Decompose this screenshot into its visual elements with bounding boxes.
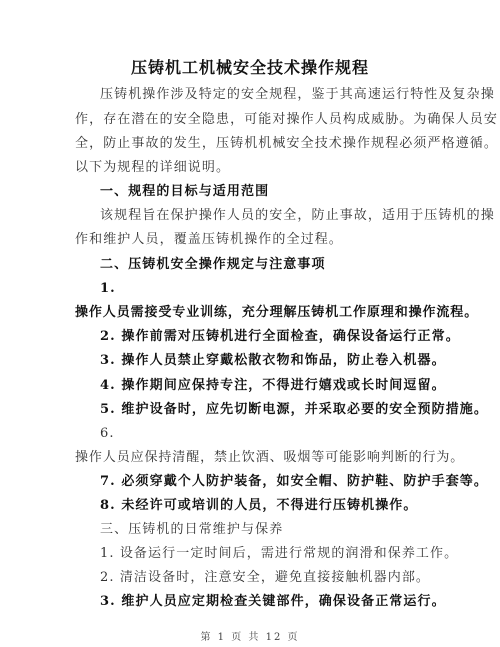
section-2-item-6-number: 6. (100, 426, 450, 442)
section-2-item-2: 2. 操作前需对压铸机进行全面检查，确保设备运行正常。 (100, 329, 450, 345)
intro-line-3: 全，防止事故的发生，压铸机机械安全技术操作规程必须严格遵循。 (75, 136, 425, 152)
section-2-item-3: 3. 操作人员禁止穿戴松散衣物和饰品，防止卷入机器。 (100, 353, 450, 369)
document-title: 压铸机工机械安全技术操作规程 (0, 55, 500, 78)
section-2-item-5: 5. 维护设备时，应先切断电源，并采取必要的安全预防措施。 (100, 402, 450, 418)
section-3-item-1: 1. 设备运行一定时间后，需进行常规的润滑和保养工作。 (100, 546, 450, 562)
section-2-heading: 二、压铸机安全操作规定与注意事项 (100, 257, 450, 273)
section-3-item-3: 3. 维护人员应定期检查关键部件，确保设备正常运行。 (100, 594, 450, 610)
document-page: 压铸机工机械安全技术操作规程 压铸机操作涉及特定的安全规程，鉴于其高速运行特性及… (0, 0, 500, 647)
intro-line-4: 以下为规程的详细说明。 (75, 160, 425, 176)
section-2-item-7: 7. 必须穿戴个人防护装备，如安全帽、防护鞋、防护手套等。 (100, 474, 450, 490)
section-2-item-8: 8. 未经许可或培训的人员，不得进行压铸机操作。 (100, 498, 450, 514)
section-1-body-line-1: 该规程旨在保护操作人员的安全，防止事故，适用于压铸机的操 (100, 208, 450, 224)
section-1-body-line-2: 作和维护人员，覆盖压铸机操作的全过程。 (75, 232, 425, 248)
intro-line-2: 作，存在潜在的安全隐患，可能对操作人员构成威胁。为确保人员安 (75, 112, 425, 128)
section-2-item-4: 4. 操作期间应保持专注，不得进行嬉戏或长时间逗留。 (100, 378, 450, 394)
page-indicator: 第 1 页 共 12 页 (0, 628, 500, 643)
section-2-item-1-text: 操作人员需接受专业训练，充分理解压铸机工作原理和操作流程。 (75, 305, 425, 321)
section-3-heading: 三、压铸机的日常维护与保养 (100, 522, 450, 538)
section-3-item-2: 2. 清洁设备时，注意安全，避免直接接触机器内部。 (100, 570, 450, 586)
intro-line-1: 压铸机操作涉及特定的安全规程，鉴于其高速运行特性及复杂操 (100, 87, 450, 103)
section-2-item-6-text: 操作人员应保持清醒，禁止饮酒、吸烟等可能影响判断的行为。 (75, 450, 425, 466)
section-1-heading: 一、规程的目标与适用范围 (100, 184, 450, 200)
section-2-item-1-number: 1. (100, 281, 450, 297)
